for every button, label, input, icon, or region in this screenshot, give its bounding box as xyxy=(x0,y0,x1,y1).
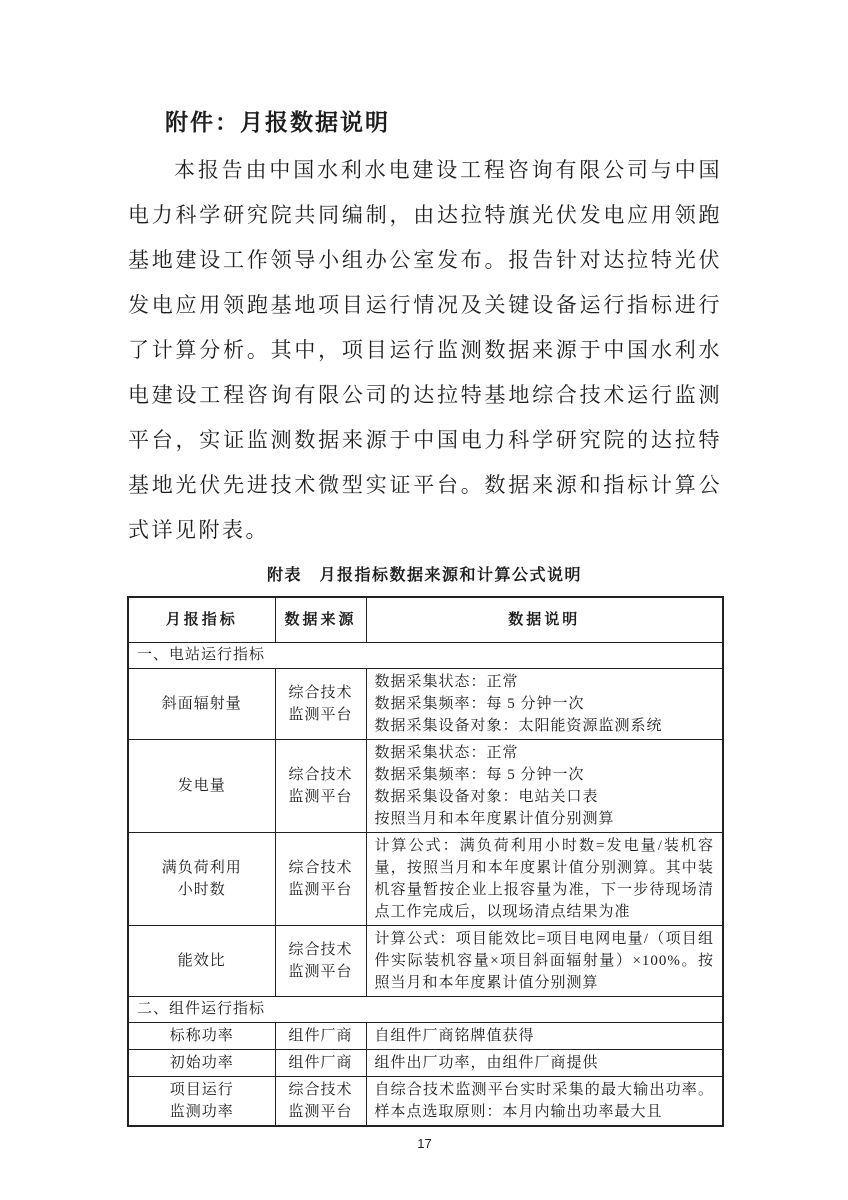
description-cell: 数据采集状态：正常 数据采集频率：每 5 分钟一次 数据采集设备对象：太阳能资源… xyxy=(366,669,723,740)
description-cell: 组件出厂功率，由组件厂商提供 xyxy=(366,1050,723,1077)
source-cell: 综合技术 监测平台 xyxy=(275,833,366,926)
column-header-source: 数据来源 xyxy=(275,597,366,643)
indicator-cell: 满负荷利用 小时数 xyxy=(128,833,275,926)
description-cell: 自综合技术监测平台实时采集的最大输出功率。样本点选取原则：本月内输出功率最大且 xyxy=(366,1077,723,1127)
description-cell: 数据采集状态：正常 数据采集频率：每 5 分钟一次 数据采集设备对象：电站关口表… xyxy=(366,740,723,833)
indicator-cell: 初始功率 xyxy=(128,1050,275,1077)
table-row: 初始功率 组件厂商 组件出厂功率，由组件厂商提供 xyxy=(128,1050,723,1077)
indicator-cell: 发电量 xyxy=(128,740,275,833)
table-row: 标称功率 组件厂商 自组件厂商铭牌值获得 xyxy=(128,1023,723,1050)
table-row: 斜面辐射量 综合技术 监测平台 数据采集状态：正常 数据采集频率：每 5 分钟一… xyxy=(128,669,723,740)
indicator-cell: 能效比 xyxy=(128,926,275,997)
table-row: 能效比 综合技术 监测平台 计算公式：项目能效比=项目电网电量/（项目组件实际装… xyxy=(128,926,723,997)
indicator-cell: 斜面辐射量 xyxy=(128,669,275,740)
source-cell: 组件厂商 xyxy=(275,1023,366,1050)
column-header-description: 数据说明 xyxy=(366,597,723,643)
page-number: 17 xyxy=(127,1136,722,1151)
indicator-table: 月报指标 数据来源 数据说明 一、电站运行指标 斜面辐射量 综合技术 监测平台 … xyxy=(127,596,724,1127)
section-title: 二、组件运行指标 xyxy=(128,997,723,1023)
table-row: 项目运行 监测功率 综合技术 监测平台 自综合技术监测平台实时采集的最大输出功率… xyxy=(128,1077,723,1127)
section-title: 一、电站运行指标 xyxy=(128,643,723,669)
column-header-indicator: 月报指标 xyxy=(128,597,275,643)
section-row-station: 一、电站运行指标 xyxy=(128,643,723,669)
table-row: 发电量 综合技术 监测平台 数据采集状态：正常 数据采集频率：每 5 分钟一次 … xyxy=(128,740,723,833)
indicator-cell: 项目运行 监测功率 xyxy=(128,1077,275,1127)
description-cell: 计算公式：项目能效比=项目电网电量/（项目组件实际装机容量×项目斜面辐射量）×1… xyxy=(366,926,723,997)
table-caption: 附表 月报指标数据来源和计算公式说明 xyxy=(127,565,722,587)
source-cell: 综合技术 监测平台 xyxy=(275,740,366,833)
source-cell: 综合技术 监测平台 xyxy=(275,1077,366,1127)
section-row-module: 二、组件运行指标 xyxy=(128,997,723,1023)
source-cell: 综合技术 监测平台 xyxy=(275,669,366,740)
indicator-cell: 标称功率 xyxy=(128,1023,275,1050)
description-cell: 计算公式：满负荷利用小时数=发电量/装机容量，按照当月和本年度累计值分别测算。其… xyxy=(366,833,723,926)
source-cell: 组件厂商 xyxy=(275,1050,366,1077)
table-row: 满负荷利用 小时数 综合技术 监测平台 计算公式：满负荷利用小时数=发电量/装机… xyxy=(128,833,723,926)
intro-paragraph: 本报告由中国水利水电建设工程咨询有限公司与中国电力科学研究院共同编制，由达拉特旗… xyxy=(128,148,722,553)
source-cell: 综合技术 监测平台 xyxy=(275,926,366,997)
document-page: 附件：月报数据说明 本报告由中国水利水电建设工程咨询有限公司与中国电力科学研究院… xyxy=(0,0,848,1200)
table-header-row: 月报指标 数据来源 数据说明 xyxy=(128,597,723,643)
description-cell: 自组件厂商铭牌值获得 xyxy=(366,1023,723,1050)
page-title: 附件：月报数据说明 xyxy=(0,0,848,138)
